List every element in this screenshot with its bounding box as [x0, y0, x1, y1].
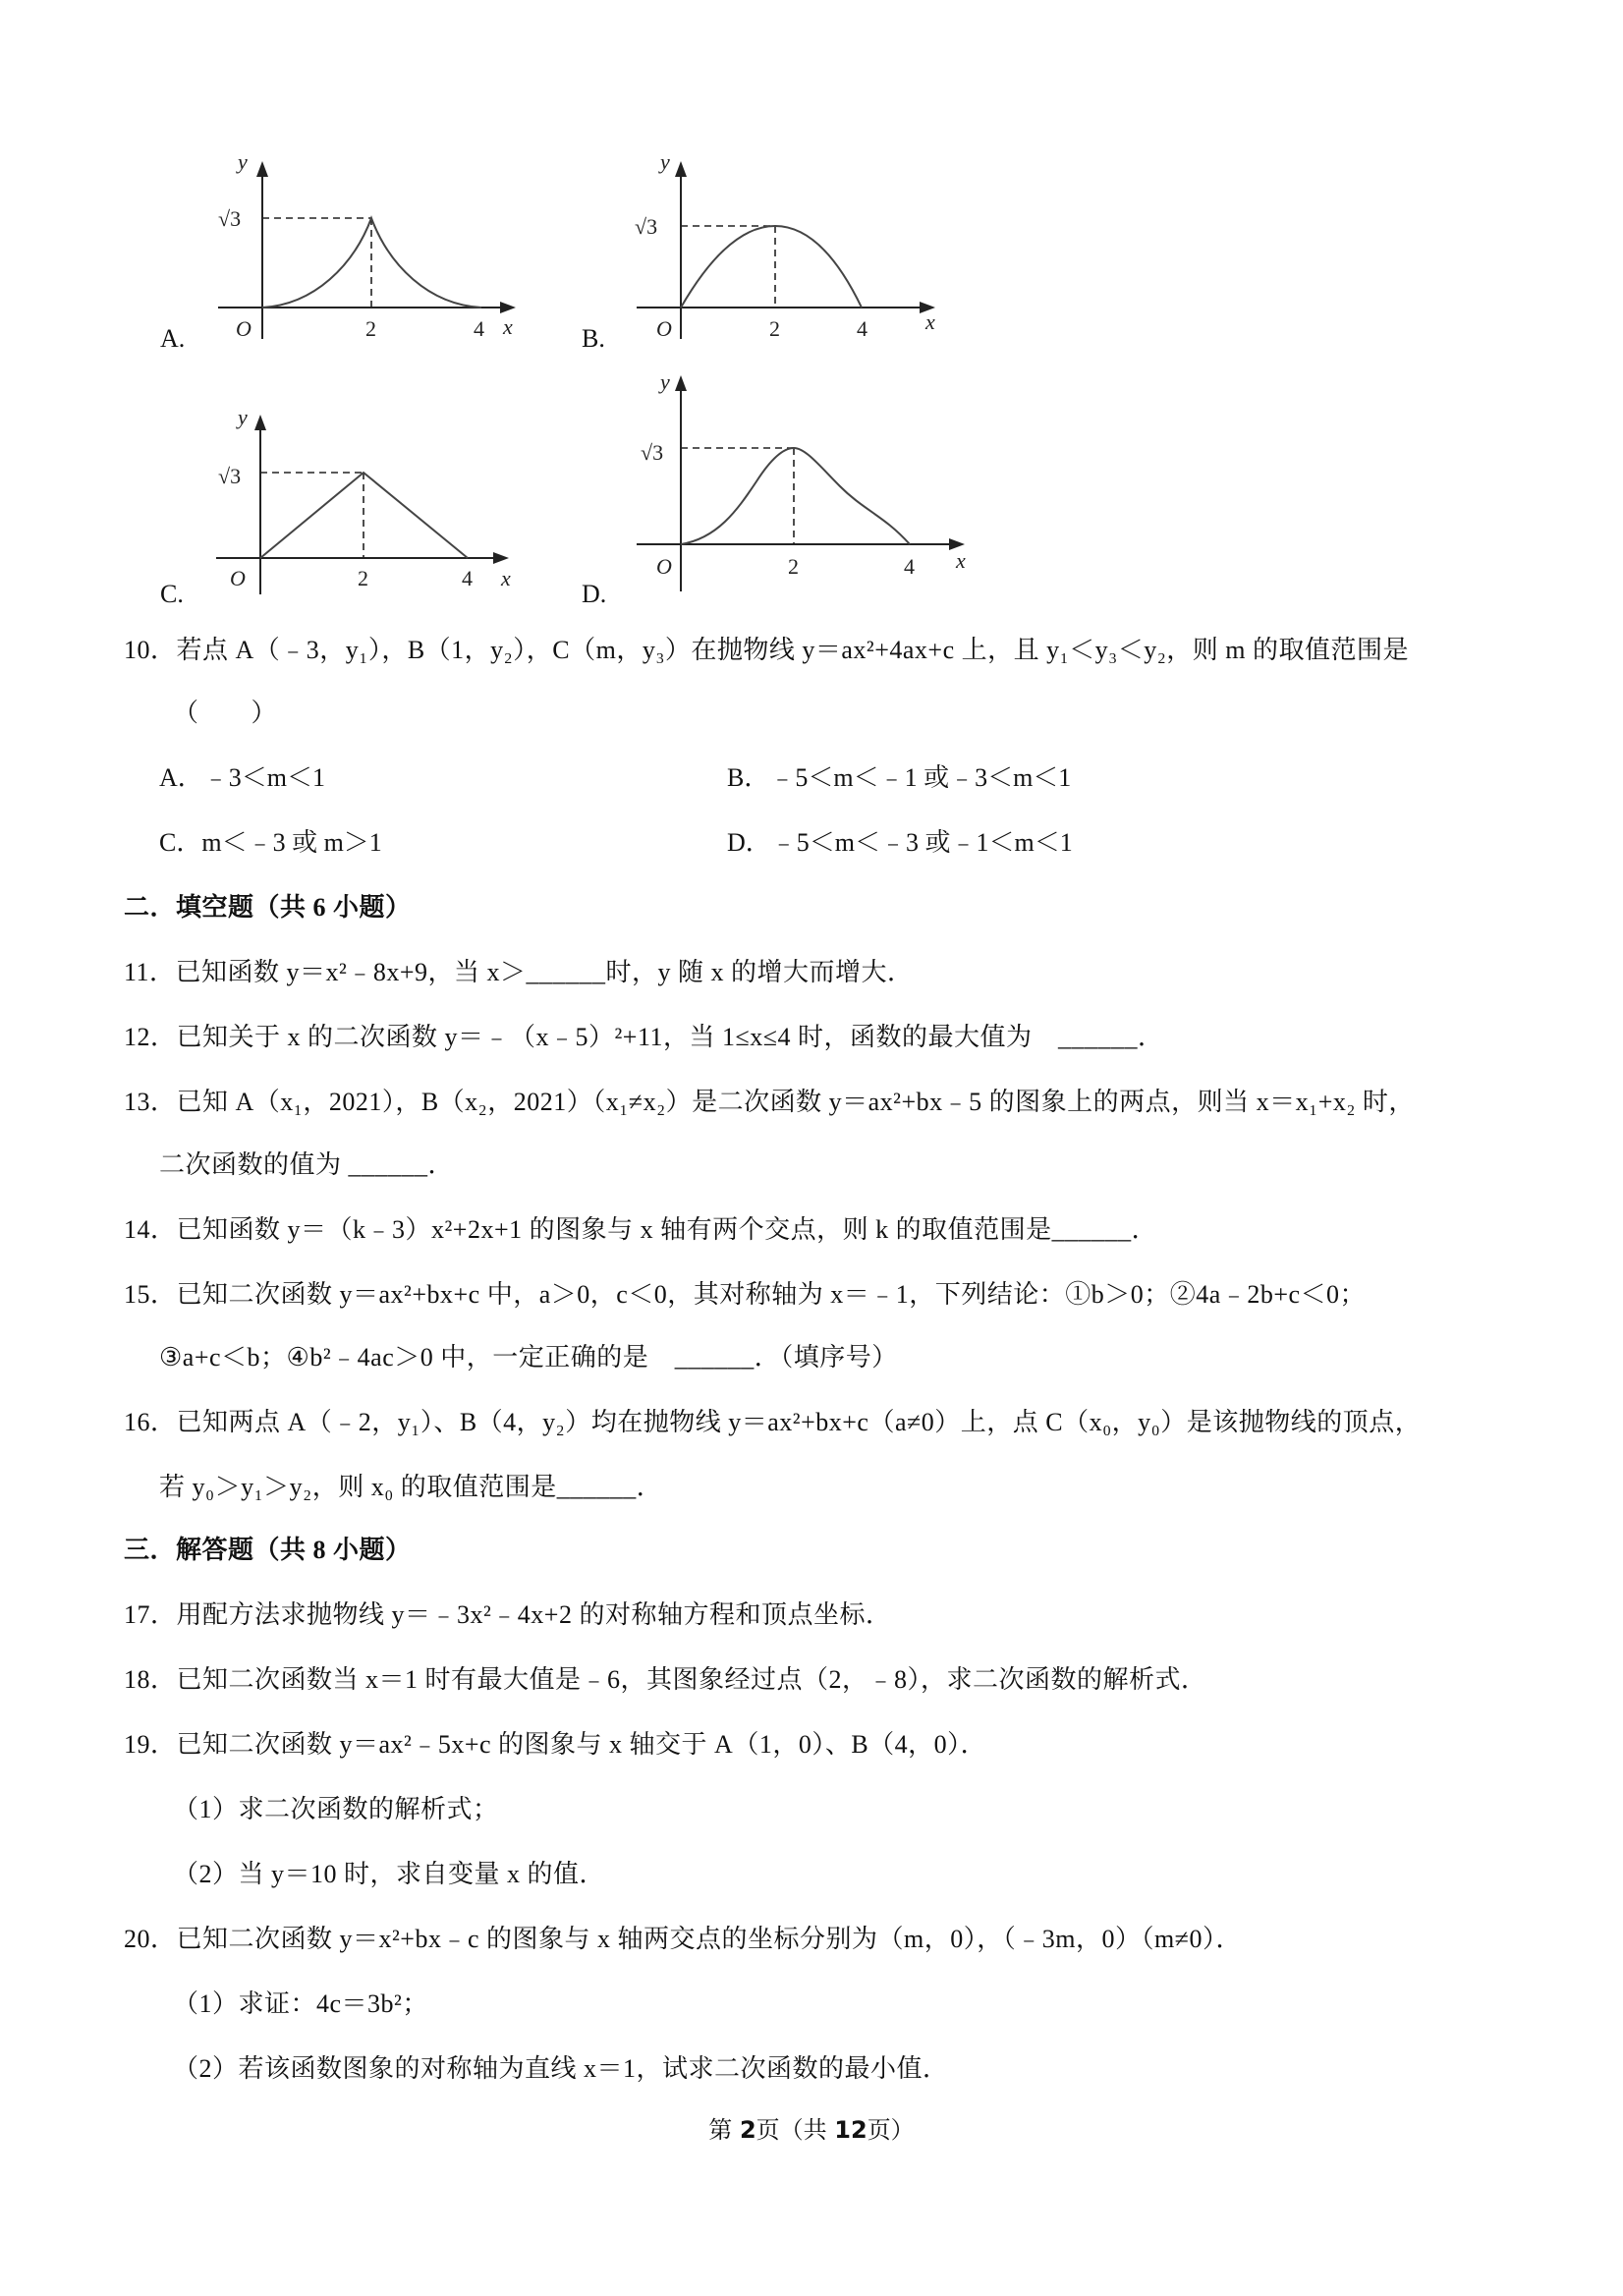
option-c-label: C. — [160, 580, 184, 609]
graph-d-svg: y √3 O 2 4 x — [629, 373, 982, 609]
svg-text:4: 4 — [462, 566, 473, 590]
svg-text:x: x — [500, 566, 511, 590]
exam-page: A. y √3 O 2 4 x B. — [0, 0, 1623, 2296]
q19-part1: （1）求二次函数的解析式； — [173, 1790, 499, 1829]
graph-b-svg: y √3 O 2 4 x — [629, 147, 963, 344]
q18: 18．已知二次函数当 x＝1 时有最大值是﹣6，其图象经过点（2，﹣8），求二次… — [124, 1660, 1207, 1700]
q12: 12．已知关于 x 的二次函数 y＝﹣（x﹣5）²+11，当 1≤x≤4 时，函… — [124, 1018, 1164, 1057]
q20-part2: （2）若该函数图象的对称轴为直线 x＝1，试求二次函数的最小值． — [173, 2049, 949, 2089]
svg-text:2: 2 — [365, 316, 376, 341]
graph-option-b: y √3 O 2 4 x — [629, 147, 963, 344]
q10-choice-c: C．m＜﹣3 或 m＞1 — [159, 823, 382, 863]
footer-suffix: 页） — [867, 2116, 915, 2144]
svg-text:√3: √3 — [635, 214, 657, 239]
graph-a-svg: y √3 O 2 4 x — [196, 147, 531, 344]
graph-option-c: y √3 O 2 4 x — [196, 393, 531, 609]
q17: 17．用配方法求抛物线 y＝﹣3x²﹣4x+2 的对称轴方程和顶点坐标． — [124, 1596, 891, 1635]
q20: 20．已知二次函数 y＝x²+bx﹣c 的图象与 x 轴两交点的坐标分别为（m，… — [124, 1920, 1242, 1959]
q19-part2: （2）当 y＝10 时，求自变量 x 的值． — [173, 1855, 605, 1894]
graph-c-svg: y √3 O 2 4 x — [196, 393, 531, 609]
svg-text:O: O — [236, 316, 252, 341]
option-a-label: A. — [160, 324, 185, 354]
svg-text:4: 4 — [904, 554, 915, 579]
svg-text:x: x — [955, 548, 966, 573]
svg-text:O: O — [656, 554, 672, 579]
svg-text:4: 4 — [857, 316, 867, 341]
q16-line2: 若 y₀＞y₁＞y₂，则 x₀ 的取值范围是______． — [159, 1468, 662, 1507]
svg-text:4: 4 — [474, 316, 484, 341]
q13-line1: 13．已知 A（x₁，2021），B（x₂，2021）（x₁≠x₂）是二次函数 … — [124, 1083, 1415, 1122]
q13-line2: 二次函数的值为 ______． — [159, 1146, 454, 1185]
svg-text:y: y — [236, 405, 248, 429]
svg-text:y: y — [658, 149, 670, 174]
footer-prefix: 第 — [708, 2116, 740, 2144]
svg-text:x: x — [502, 314, 513, 339]
graph-option-a: y √3 O 2 4 x — [196, 147, 531, 344]
svg-text:2: 2 — [788, 554, 799, 579]
q20-part1: （1）求证：4c＝3b²； — [173, 1985, 428, 2024]
svg-text:2: 2 — [769, 316, 780, 341]
footer-mid: 页（共 — [756, 2116, 835, 2144]
page-footer: 第 2页（共 12页） — [0, 2110, 1623, 2145]
q11: 11．已知函数 y＝x²﹣8x+9，当 x＞______时，y 随 x 的增大而… — [124, 953, 914, 992]
q14: 14．已知函数 y＝（k﹣3）x²+2x+1 的图象与 x 轴有两个交点，则 k… — [124, 1210, 1157, 1250]
svg-text:O: O — [230, 566, 246, 590]
svg-text:2: 2 — [358, 566, 368, 590]
footer-page-number: 2 — [740, 2116, 756, 2144]
q10-choice-b: B．﹣5＜m＜﹣1 或﹣3＜m＜1 — [727, 758, 1071, 798]
q10-choice-a: A．﹣3＜m＜1 — [159, 758, 325, 798]
svg-text:O: O — [656, 316, 672, 341]
section-3-heading: 三．解答题（共 8 小题） — [124, 1531, 412, 1570]
svg-text:√3: √3 — [218, 206, 241, 231]
q19: 19．已知二次函数 y＝ax²﹣5x+c 的图象与 x 轴交于 A（1，0）、B… — [124, 1725, 986, 1764]
q10-stem: 10．若点 A（﹣3，y₁），B（1，y₂），C（m，y₃）在抛物线 y＝ax²… — [124, 631, 1409, 670]
svg-text:√3: √3 — [218, 464, 241, 488]
svg-text:√3: √3 — [641, 440, 663, 465]
svg-text:x: x — [924, 309, 935, 334]
option-d-label: D. — [582, 580, 606, 609]
q15-line1: 15．已知二次函数 y＝ax²+bx+c 中，a＞0，c＜0，其对称轴为 x＝﹣… — [124, 1275, 1366, 1315]
footer-total-pages: 12 — [834, 2116, 867, 2144]
section-2-heading: 二．填空题（共 6 小题） — [124, 888, 412, 927]
q10-choice-d: D．﹣5＜m＜﹣3 或﹣1＜m＜1 — [727, 823, 1073, 863]
q10-paren: （ ） — [173, 694, 277, 733]
q15-line2: ③a+c＜b；④b²﹣4ac＞0 中，一定正确的是 ______．（填序号） — [159, 1338, 898, 1377]
svg-text:y: y — [236, 149, 248, 174]
q16-line1: 16．已知两点 A（﹣2，y₁）、B（4，y₂）均在抛物线 y＝ax²+bx+c… — [124, 1403, 1421, 1442]
option-b-label: B. — [582, 324, 605, 354]
svg-text:y: y — [658, 369, 670, 394]
graph-option-d: y √3 O 2 4 x — [629, 373, 982, 609]
